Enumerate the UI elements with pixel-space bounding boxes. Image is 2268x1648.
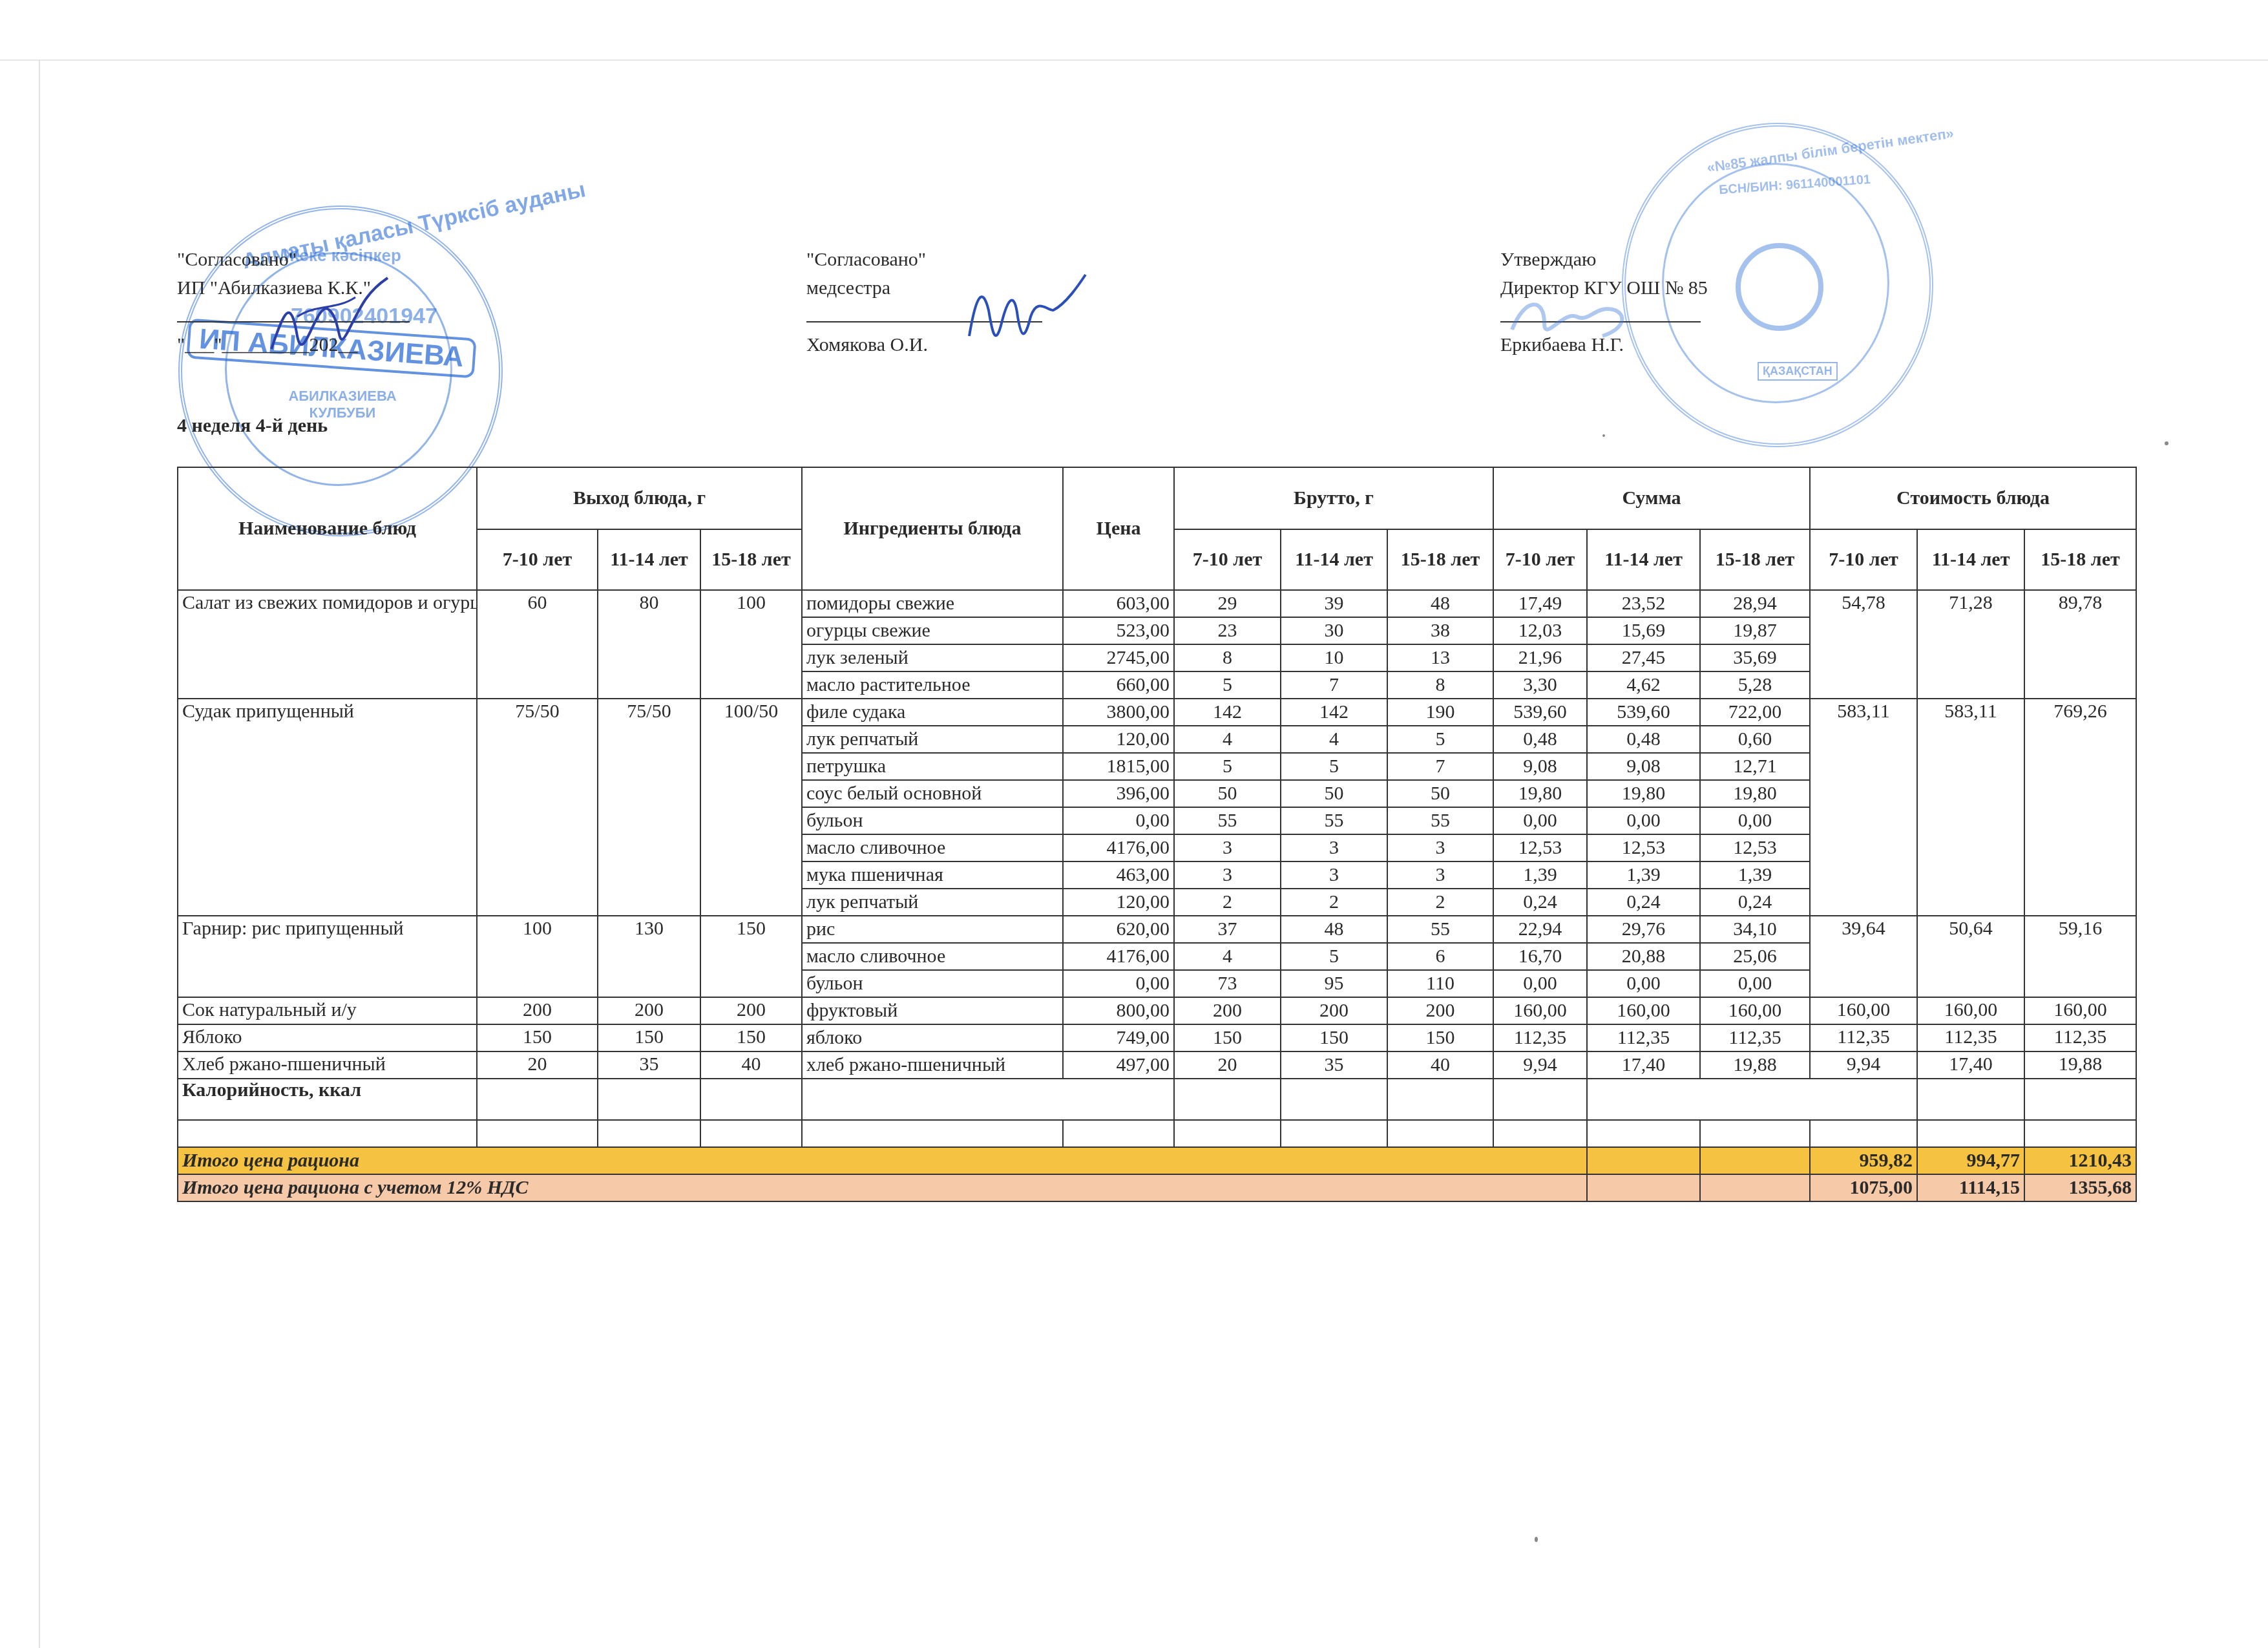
ingredient-gross: 39 [1281,590,1387,617]
ingredient-sum: 0,24 [1493,889,1587,916]
ingredient-price: 523,00 [1063,617,1174,644]
ingredient-gross: 55 [1387,807,1493,834]
ingredient-price: 4176,00 [1063,943,1174,970]
ingredient-sum: 12,03 [1493,617,1587,644]
ingredient-price: 1815,00 [1063,753,1174,780]
total-value: 959,82 [1810,1147,1917,1174]
ingredient-name: лук репчатый [802,726,1063,753]
empty-cell [1281,1120,1387,1147]
empty-cell [598,1120,700,1147]
ingredient-name: лук зеленый [802,644,1063,671]
ingredient-price: 749,00 [1063,1024,1174,1051]
ingredient-gross: 29 [1174,590,1281,617]
ingredient-gross: 3 [1281,834,1387,861]
ingredient-gross: 150 [1174,1024,1281,1051]
ingredient-sum: 3,30 [1493,671,1587,699]
ingredient-gross: 6 [1387,943,1493,970]
ingredient-price: 120,00 [1063,889,1174,916]
dish-yield: 20 [477,1051,598,1079]
dish-cost: 112,35 [2024,1024,2136,1051]
empty-cell [1387,1079,1493,1120]
ingredient-sum: 27,45 [1587,644,1700,671]
ingredient-sum: 15,69 [1587,617,1700,644]
signature-middle [963,271,1092,355]
ingredient-name: петрушка [802,753,1063,780]
ingredient-sum: 1,39 [1587,861,1700,889]
ingredient-name: бульон [802,970,1063,997]
empty-cell [1174,1120,1281,1147]
total-value: 1210,43 [2024,1147,2136,1174]
ingredient-gross: 3 [1281,861,1387,889]
signature-right [1506,284,1635,349]
calories-row: Калорийность, ккал [178,1079,2136,1120]
ingredient-sum: 1,39 [1493,861,1587,889]
header-cost: Стоимость блюда [1810,467,2136,529]
dish-cost: 59,16 [2024,916,2136,997]
ingredient-gross: 48 [1387,590,1493,617]
ingredient-name: хлеб ржано-пшеничный [802,1051,1063,1079]
ingredient-gross: 13 [1387,644,1493,671]
ingredient-price: 497,00 [1063,1051,1174,1079]
ingredient-gross: 4 [1174,943,1281,970]
ingredient-gross: 4 [1281,726,1387,753]
ingredient-gross: 3 [1174,861,1281,889]
approval-title: "Согласовано" [177,246,410,274]
dish-yield: 200 [477,997,598,1024]
dish-cost: 112,35 [1917,1024,2024,1051]
ingredient-price: 120,00 [1063,726,1174,753]
ingredient-price: 463,00 [1063,861,1174,889]
empty-cell [477,1120,598,1147]
dish-cost: 112,35 [1810,1024,1917,1051]
ingredient-gross: 2 [1174,889,1281,916]
ingredient-gross: 8 [1174,644,1281,671]
empty-cell [1700,1147,1810,1174]
ingredient-gross: 73 [1174,970,1281,997]
ingredient-gross: 35 [1281,1051,1387,1079]
dish-cost: 160,00 [2024,997,2136,1024]
ingredient-gross: 10 [1281,644,1387,671]
page-edge [39,59,40,1648]
dish-yield: 100 [477,916,598,997]
ingredient-sum: 1,39 [1700,861,1810,889]
total-label: Итого цена рациона с учетом 12% НДС [178,1174,1587,1201]
empty-cell [1587,1174,1700,1201]
ingredient-sum: 12,53 [1493,834,1587,861]
scan-speck [1535,1537,1538,1542]
empty-cell [1917,1120,2024,1147]
ingredient-gross: 7 [1387,753,1493,780]
empty-cell [1587,1079,1917,1120]
ingredient-gross: 2 [1281,889,1387,916]
ingredient-gross: 150 [1387,1024,1493,1051]
ingredient-sum: 17,40 [1587,1051,1700,1079]
ingredient-sum: 23,52 [1587,590,1700,617]
total-vat-row: Итого цена рациона с учетом 12% НДС1075,… [178,1174,2136,1201]
header-age-group: 11-14 лет [1917,529,2024,590]
ingredient-sum: 160,00 [1493,997,1587,1024]
ingredient-sum: 160,00 [1700,997,1810,1024]
ingredient-name: филе судака [802,699,1063,726]
approval-title: "Согласовано" [806,246,1042,274]
ingredient-gross: 23 [1174,617,1281,644]
header-gross: Брутто, г [1174,467,1493,529]
table-row: Гарнир: рис припущенный100130150рис620,0… [178,916,2136,943]
ingredient-sum: 19,80 [1700,780,1810,807]
menu-table: Наименование блюд Выход блюда, г Ингреди… [177,467,2137,1202]
ingredient-name: рис [802,916,1063,943]
ingredient-gross: 95 [1281,970,1387,997]
ingredient-gross: 8 [1387,671,1493,699]
dish-yield: 150 [700,1024,802,1051]
ingredient-price: 800,00 [1063,997,1174,1024]
dish-yield: 75/50 [477,699,598,916]
dish-cost: 50,64 [1917,916,2024,997]
dish-yield: 40 [700,1051,802,1079]
ingredient-sum: 0,24 [1700,889,1810,916]
dish-cost: 583,11 [1810,699,1917,916]
ingredient-gross: 55 [1174,807,1281,834]
dish-name: Судак припущенный [178,699,477,916]
ingredient-gross: 2 [1387,889,1493,916]
header-age-group: 15-18 лет [700,529,802,590]
ingredient-sum: 0,24 [1587,889,1700,916]
ingredient-gross: 7 [1281,671,1387,699]
ingredient-gross: 200 [1174,997,1281,1024]
ingredient-name: бульон [802,807,1063,834]
ingredient-sum: 722,00 [1700,699,1810,726]
ingredient-sum: 20,88 [1587,943,1700,970]
ingredient-gross: 50 [1387,780,1493,807]
ingredient-gross: 5 [1387,726,1493,753]
ingredient-sum: 19,88 [1700,1051,1810,1079]
empty-cell [802,1120,1063,1147]
empty-cell [1700,1120,1810,1147]
empty-cell [1700,1174,1810,1201]
dish-yield: 150 [700,916,802,997]
ingredient-gross: 55 [1281,807,1387,834]
dish-yield: 60 [477,590,598,699]
ingredient-gross: 37 [1174,916,1281,943]
empty-cell [802,1079,1174,1120]
empty-cell [1587,1120,1700,1147]
dish-name: Хлеб ржано-пшеничный [178,1051,477,1079]
ingredient-sum: 12,53 [1587,834,1700,861]
dish-yield: 130 [598,916,700,997]
empty-cell [1587,1147,1700,1174]
ingredient-sum: 0,48 [1493,726,1587,753]
header-age-group: 15-18 лет [1700,529,1810,590]
stamp-text: ҚАЗАҚСТАН [1758,362,1838,381]
empty-cell [1810,1120,1917,1147]
dish-name: Салат из свежих помидоров и огурцов [178,590,477,699]
ingredient-sum: 112,35 [1493,1024,1587,1051]
ingredient-sum: 12,53 [1700,834,1810,861]
ingredient-sum: 28,94 [1700,590,1810,617]
header-age-group: 7-10 лет [1810,529,1917,590]
ingredient-sum: 0,48 [1587,726,1700,753]
empty-cell [700,1079,802,1120]
ingredient-gross: 5 [1174,671,1281,699]
ingredient-gross: 5 [1174,753,1281,780]
week-day-label: 4 неделя 4-й день [177,415,328,437]
ingredient-price: 660,00 [1063,671,1174,699]
ingredient-sum: 34,10 [1700,916,1810,943]
table-row: Судак припущенный75/5075/50100/50филе су… [178,699,2136,726]
ingredient-gross: 142 [1174,699,1281,726]
ingredient-price: 620,00 [1063,916,1174,943]
header-price: Цена [1063,467,1174,590]
header-dish-name: Наименование блюд [178,467,477,590]
ingredient-name: лук репчатый [802,889,1063,916]
dish-cost: 9,94 [1810,1051,1917,1079]
dish-name: Гарнир: рис припущенный [178,916,477,997]
dish-yield: 100/50 [700,699,802,916]
header-age-group: 11-14 лет [1281,529,1387,590]
ingredient-name: яблоко [802,1024,1063,1051]
ingredient-name: масло сливочное [802,943,1063,970]
header-age-group: 7-10 лет [1174,529,1281,590]
ingredient-sum: 19,80 [1493,780,1587,807]
ingredient-sum: 29,76 [1587,916,1700,943]
ingredient-sum: 17,49 [1493,590,1587,617]
ingredient-gross: 3 [1387,834,1493,861]
dish-yield: 75/50 [598,699,700,916]
ingredient-sum: 112,35 [1587,1024,1700,1051]
header-age-group: 15-18 лет [2024,529,2136,590]
ingredient-sum: 0,00 [1700,807,1810,834]
dish-yield: 200 [700,997,802,1024]
scan-speck [1602,434,1605,437]
ingredient-name: масло сливочное [802,834,1063,861]
ingredient-gross: 142 [1281,699,1387,726]
total-value: 1075,00 [1810,1174,1917,1201]
dish-cost: 71,28 [1917,590,2024,699]
empty-cell [1174,1079,1281,1120]
total-value: 1114,15 [1917,1174,2024,1201]
ingredient-sum: 0,00 [1700,970,1810,997]
ingredient-gross: 200 [1387,997,1493,1024]
ingredient-sum: 22,94 [1493,916,1587,943]
empty-cell [700,1120,802,1147]
empty-cell [1387,1120,1493,1147]
ingredient-gross: 40 [1387,1051,1493,1079]
dish-cost: 17,40 [1917,1051,2024,1079]
ingredient-sum: 160,00 [1587,997,1700,1024]
header-age-group: 15-18 лет [1387,529,1493,590]
table-row: Яблоко150150150яблоко749,00150150150112,… [178,1024,2136,1051]
ingredient-gross: 50 [1281,780,1387,807]
header-age-group: 11-14 лет [598,529,700,590]
ingredient-sum: 9,94 [1493,1051,1587,1079]
dish-yield: 200 [598,997,700,1024]
ingredient-sum: 5,28 [1700,671,1810,699]
dish-yield: 35 [598,1051,700,1079]
dish-yield: 150 [477,1024,598,1051]
total-row: Итого цена рациона959,82994,771210,43 [178,1147,2136,1174]
ingredient-sum: 112,35 [1700,1024,1810,1051]
ingredient-sum: 0,60 [1700,726,1810,753]
scan-speck [2165,441,2168,445]
ingredient-name: мука пшеничная [802,861,1063,889]
ingredient-sum: 21,96 [1493,644,1587,671]
ingredient-sum: 19,87 [1700,617,1810,644]
empty-cell [1281,1079,1387,1120]
empty-cell [477,1079,598,1120]
empty-cell [2024,1120,2136,1147]
empty-cell [1493,1079,1587,1120]
ingredient-price: 3800,00 [1063,699,1174,726]
dish-name: Сок натуральный и/у [178,997,477,1024]
total-value: 994,77 [1917,1147,2024,1174]
ingredient-price: 4176,00 [1063,834,1174,861]
empty-cell [1917,1079,2024,1120]
header-yield: Выход блюда, г [477,467,802,529]
dish-yield: 80 [598,590,700,699]
ingredient-gross: 3 [1387,861,1493,889]
table-row: Хлеб ржано-пшеничный203540хлеб ржано-пше… [178,1051,2136,1079]
page-edge [0,59,2268,61]
ingredient-sum: 0,00 [1587,807,1700,834]
ingredient-sum: 12,71 [1700,753,1810,780]
ingredient-sum: 0,00 [1493,807,1587,834]
ingredient-sum: 9,08 [1493,753,1587,780]
ingredient-sum: 4,62 [1587,671,1700,699]
ingredient-sum: 19,80 [1587,780,1700,807]
ingredient-gross: 150 [1281,1024,1387,1051]
ingredient-sum: 16,70 [1493,943,1587,970]
ingredient-gross: 30 [1281,617,1387,644]
ingredient-price: 603,00 [1063,590,1174,617]
ingredient-gross: 20 [1174,1051,1281,1079]
dish-cost: 769,26 [2024,699,2136,916]
approval-title: Утверждаю [1500,246,1708,274]
ingredient-name: соус белый основной [802,780,1063,807]
ingredient-sum: 539,60 [1587,699,1700,726]
ingredient-sum: 539,60 [1493,699,1587,726]
dish-cost: 89,78 [2024,590,2136,699]
ingredient-gross: 5 [1281,943,1387,970]
ingredient-gross: 4 [1174,726,1281,753]
ingredient-name: огурцы свежие [802,617,1063,644]
empty-cell [598,1079,700,1120]
dish-yield: 100 [700,590,802,699]
header-sum: Сумма [1493,467,1810,529]
dish-yield: 150 [598,1024,700,1051]
dish-cost: 583,11 [1917,699,2024,916]
calories-label: Калорийность, ккал [178,1079,477,1120]
ingredient-price: 2745,00 [1063,644,1174,671]
ingredient-gross: 200 [1281,997,1387,1024]
ingredient-gross: 5 [1281,753,1387,780]
dish-name: Яблоко [178,1024,477,1051]
empty-cell [1493,1120,1587,1147]
header-ingredients: Ингредиенты блюда [802,467,1063,590]
ingredient-gross: 190 [1387,699,1493,726]
ingredient-gross: 55 [1387,916,1493,943]
empty-cell [1063,1120,1174,1147]
ingredient-gross: 50 [1174,780,1281,807]
dish-cost: 19,88 [2024,1051,2136,1079]
ingredient-name: помидоры свежие [802,590,1063,617]
header-age-group: 7-10 лет [477,529,598,590]
ingredient-name: масло растительное [802,671,1063,699]
total-label: Итого цена рациона [178,1147,1587,1174]
ingredient-gross: 110 [1387,970,1493,997]
empty-cell [178,1120,477,1147]
dish-cost: 39,64 [1810,916,1917,997]
ingredient-gross: 38 [1387,617,1493,644]
ingredient-price: 0,00 [1063,807,1174,834]
ingredient-price: 396,00 [1063,780,1174,807]
ingredient-price: 0,00 [1063,970,1174,997]
empty-row [178,1120,2136,1147]
ingredient-gross: 3 [1174,834,1281,861]
table-row: Салат из свежих помидоров и огурцов60801… [178,590,2136,617]
ingredient-sum: 25,06 [1700,943,1810,970]
ingredient-gross: 48 [1281,916,1387,943]
table-row: Сок натуральный и/у200200200фруктовый800… [178,997,2136,1024]
dish-cost: 54,78 [1810,590,1917,699]
ingredient-sum: 35,69 [1700,644,1810,671]
total-value: 1355,68 [2024,1174,2136,1201]
dish-cost: 160,00 [1810,997,1917,1024]
ingredient-sum: 9,08 [1587,753,1700,780]
ingredient-sum: 0,00 [1493,970,1587,997]
header-age-group: 7-10 лет [1493,529,1587,590]
header-age-group: 11-14 лет [1587,529,1700,590]
empty-cell [2024,1079,2136,1120]
ingredient-name: фруктовый [802,997,1063,1024]
signature-left [258,271,401,375]
ingredient-sum: 0,00 [1587,970,1700,997]
dish-cost: 160,00 [1917,997,2024,1024]
